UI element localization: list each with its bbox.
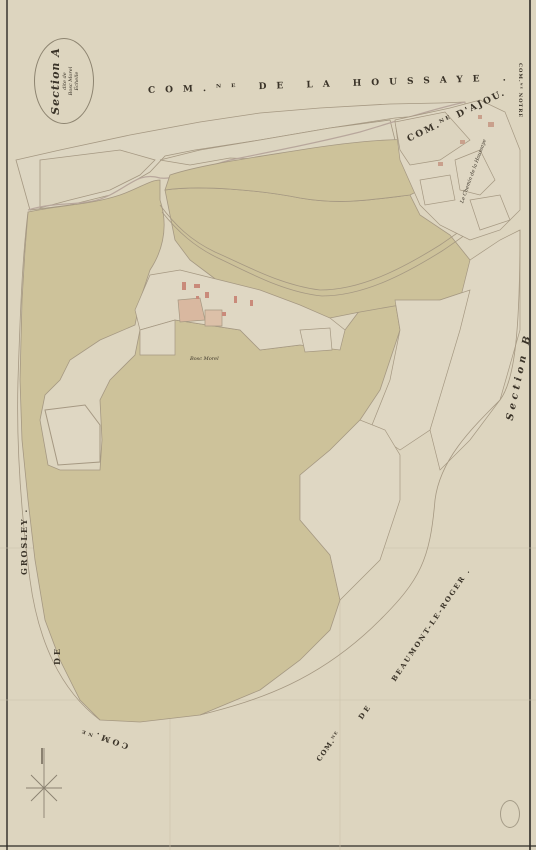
label-hamlet: Bosc Morel bbox=[190, 356, 219, 362]
cartouche-title: Section A bbox=[49, 47, 62, 115]
archive-stamp-icon bbox=[500, 800, 520, 828]
label-de-west: DE bbox=[52, 646, 62, 665]
cadastral-map-sheet: Section A dite de Bosc Morel Échelle COM… bbox=[0, 0, 536, 850]
label-grosley: GROSLEY . bbox=[19, 508, 29, 575]
section-cartouche: Section A dite de Bosc Morel Échelle bbox=[34, 38, 94, 124]
map-drawing bbox=[0, 0, 536, 850]
cartouche-line-3: Échelle bbox=[74, 72, 80, 91]
label-com-notre: COM.ᴺᴱ NOTRE bbox=[517, 63, 523, 118]
